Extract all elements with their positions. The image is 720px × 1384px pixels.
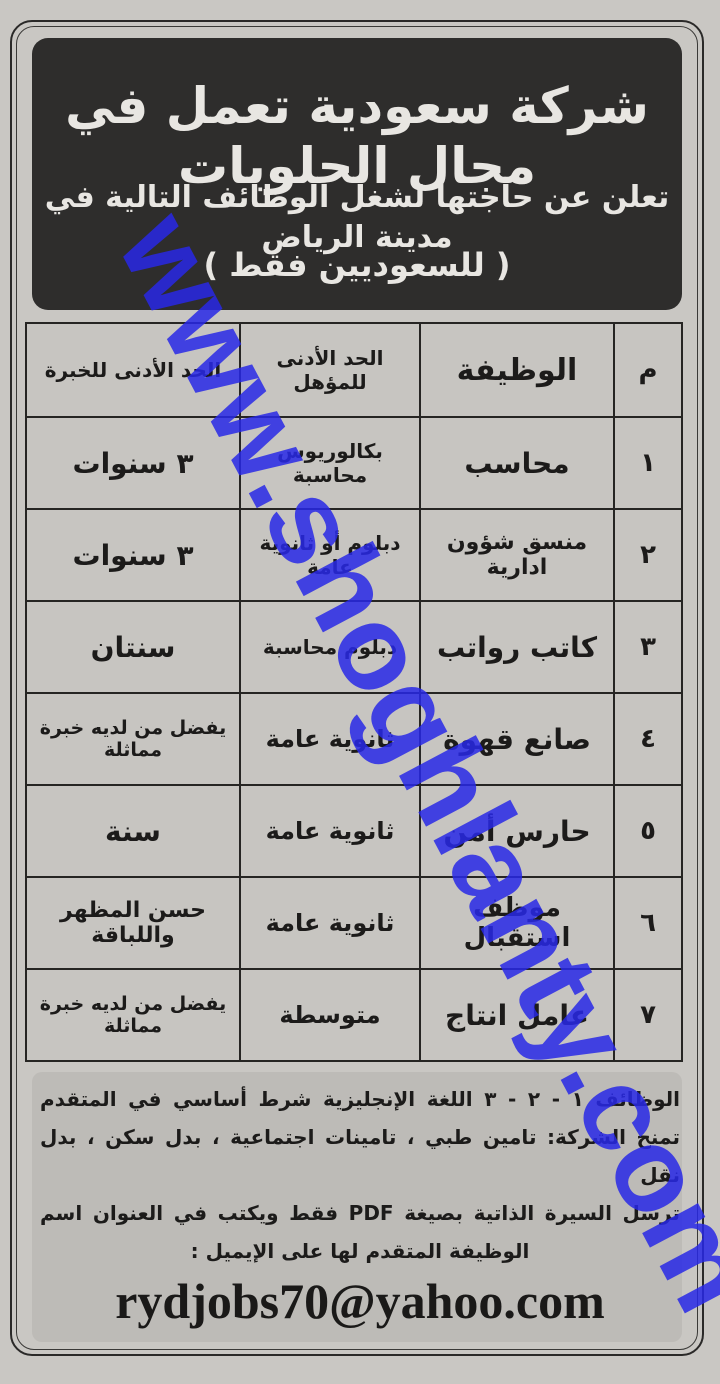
- table-row: ١ محاسب بكالوريوس محاسبة ٣ سنوات: [26, 417, 682, 509]
- footer-notes: الوظائف ١ - ٢ - ٣ اللغة الإنجليزية شرط أ…: [40, 1080, 680, 1270]
- table-row: ٢ منسق شؤون ادارية دبلوم أو ثانوية عامة …: [26, 509, 682, 601]
- row-qualification: متوسطة: [240, 969, 420, 1061]
- row-experience: سنة: [26, 785, 240, 877]
- footer-cv-instructions: ترسل السيرة الذاتية بصيغة PDF فقط ويكتب …: [40, 1194, 680, 1232]
- row-experience: يفضل من لديه خبرة مماثلة: [26, 969, 240, 1061]
- row-job: منسق شؤون ادارية: [420, 509, 614, 601]
- row-number: ٤: [614, 693, 682, 785]
- row-number: ١: [614, 417, 682, 509]
- jobs-table: م الوظيفة الحد الأدنى للمؤهل الحد الأدنى…: [25, 322, 683, 1062]
- table-row: ٧ عامل انتاج متوسطة يفضل من لديه خبرة مم…: [26, 969, 682, 1061]
- row-job: موظف استقبال: [420, 877, 614, 969]
- ad-eligibility-note: ( للسعوديين فقط ): [32, 244, 682, 286]
- col-header-number: م: [614, 323, 682, 417]
- row-experience: حسن المظهر واللباقة: [26, 877, 240, 969]
- footer-benefits: تمنح الشركة: تامين طبي ، تامينات اجتماعي…: [40, 1118, 680, 1194]
- ad-header: شركة سعودية تعمل في مجال الحلويات تعلن ع…: [32, 38, 682, 310]
- col-header-job: الوظيفة: [420, 323, 614, 417]
- row-experience: سنتان: [26, 601, 240, 693]
- row-qualification: دبلوم أو ثانوية عامة: [240, 509, 420, 601]
- col-header-qualification: الحد الأدنى للمؤهل: [240, 323, 420, 417]
- row-job: حارس أمن: [420, 785, 614, 877]
- row-experience: ٣ سنوات: [26, 417, 240, 509]
- row-job: محاسب: [420, 417, 614, 509]
- row-job: كاتب رواتب: [420, 601, 614, 693]
- row-qualification: ثانوية عامة: [240, 693, 420, 785]
- row-number: ٦: [614, 877, 682, 969]
- row-qualification: بكالوريوس محاسبة: [240, 417, 420, 509]
- row-number: ٧: [614, 969, 682, 1061]
- col-header-experience: الحد الأدنى للخبرة: [26, 323, 240, 417]
- row-number: ٥: [614, 785, 682, 877]
- footer-email-label: الوظيفة المتقدم لها على الإيميل :: [40, 1232, 680, 1270]
- table-row: ٦ موظف استقبال ثانوية عامة حسن المظهر وا…: [26, 877, 682, 969]
- row-number: ٣: [614, 601, 682, 693]
- table-row: ٥ حارس أمن ثانوية عامة سنة: [26, 785, 682, 877]
- row-qualification: دبلوم محاسبة: [240, 601, 420, 693]
- row-experience: يفضل من لديه خبرة مماثلة: [26, 693, 240, 785]
- row-job: عامل انتاج: [420, 969, 614, 1061]
- row-qualification: ثانوية عامة: [240, 877, 420, 969]
- footer-language-requirement: الوظائف ١ - ٢ - ٣ اللغة الإنجليزية شرط أ…: [40, 1080, 680, 1118]
- row-number: ٢: [614, 509, 682, 601]
- row-qualification: ثانوية عامة: [240, 785, 420, 877]
- row-experience: ٣ سنوات: [26, 509, 240, 601]
- table-header-row: م الوظيفة الحد الأدنى للمؤهل الحد الأدنى…: [26, 323, 682, 417]
- row-job: صانع قهوة: [420, 693, 614, 785]
- table-row: ٣ كاتب رواتب دبلوم محاسبة سنتان: [26, 601, 682, 693]
- table-row: ٤ صانع قهوة ثانوية عامة يفضل من لديه خبر…: [26, 693, 682, 785]
- contact-email[interactable]: rydjobs70@yahoo.com: [0, 1272, 720, 1330]
